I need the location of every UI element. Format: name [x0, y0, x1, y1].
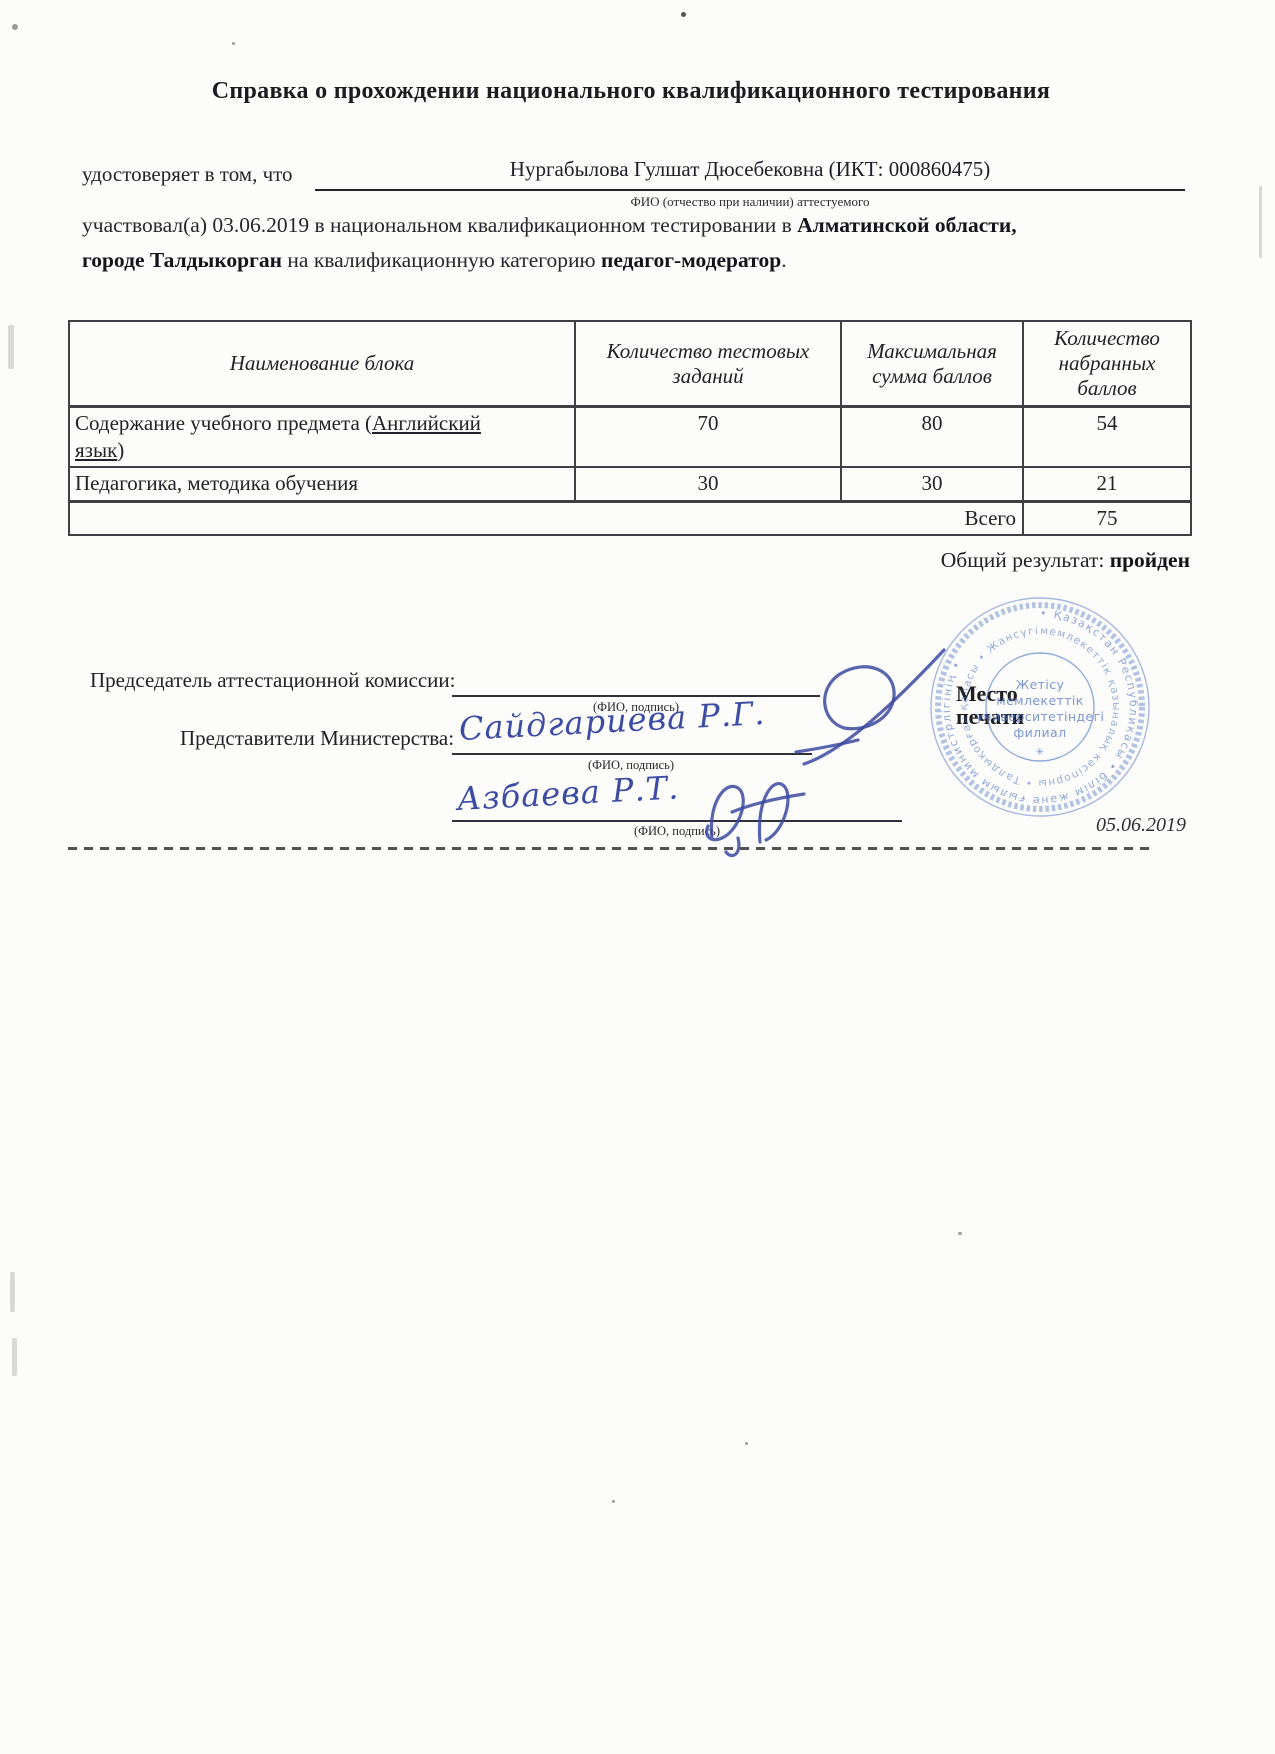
col-header-task-count: Количество тестовых заданий	[575, 321, 841, 407]
chairman-label: Председатель аттестационной комиссии:	[90, 668, 456, 693]
cut-line	[68, 847, 1154, 850]
attestee-name: Нургабылова Гулшат Дюсебековна (ИКТ: 000…	[315, 157, 1185, 182]
col-header-max-points: Максимальная сумма баллов	[841, 321, 1023, 407]
place-of-seal-line1: Место	[956, 682, 1051, 705]
points-cell: 21	[1023, 467, 1191, 502]
ministry-signature-line-2	[452, 820, 902, 822]
participation-region: Алматинской области,	[797, 213, 1016, 237]
total-label: Всего	[69, 502, 1023, 536]
sign-caption: (ФИО, подпись)	[452, 824, 902, 839]
participation-paragraph: участвовал(а) 03.06.2019 в национальном …	[82, 208, 1194, 278]
scan-artifact	[12, 1338, 17, 1376]
max-points-cell: 30	[841, 467, 1023, 502]
place-of-seal-line2: печати	[956, 705, 1051, 728]
scan-speck	[12, 24, 18, 30]
block-name-text: Педагогика, методика обучения	[75, 471, 358, 495]
max-points-cell: 80	[841, 407, 1023, 468]
stamp-star-icon: ✳	[1036, 747, 1045, 758]
scan-speck	[681, 12, 686, 17]
place-of-seal-label: Место печати	[956, 682, 1051, 728]
col-header-scored-points: Количество набранных баллов	[1023, 321, 1191, 407]
certifies-label: удостоверяет в том, что	[82, 162, 293, 187]
points-cell: 54	[1023, 407, 1191, 468]
table-row: Педагогика, методика обучения 30 30 21	[69, 467, 1191, 502]
stamp-date: 05.06.2019	[1096, 814, 1186, 837]
participation-prefix: участвовал(а) 03.06.2019 в национальном …	[82, 213, 797, 237]
block-name-text: Содержание учебного предмета (	[75, 411, 372, 435]
result-label: Общий результат:	[941, 548, 1105, 572]
table-row: Содержание учебного предмета (Английский…	[69, 407, 1191, 468]
signature-flourish-2	[682, 768, 812, 860]
total-value: 75	[1023, 502, 1191, 536]
tasks-cell: 70	[575, 407, 841, 468]
participation-city: городе Талдыкорган	[82, 248, 282, 272]
scan-artifact	[1259, 186, 1262, 258]
table-header-row: Наименование блока Количество тестовых з…	[69, 321, 1191, 407]
scan-speck	[745, 1442, 748, 1445]
scan-speck	[232, 42, 235, 45]
signature-flourish-1	[792, 632, 962, 777]
scan-artifact	[8, 325, 14, 369]
tasks-cell: 30	[575, 467, 841, 502]
ministry-label: Представители Министерства:	[180, 726, 454, 751]
handwritten-signature-2: Азбаева Р.Т.	[456, 768, 680, 818]
overall-result: Общий результат: пройден	[68, 548, 1190, 573]
ministry-signature-line-1	[452, 753, 812, 755]
chairman-signature-line	[452, 695, 820, 697]
participation-period: .	[781, 248, 786, 272]
scan-artifact	[10, 1272, 15, 1312]
name-underline	[315, 189, 1185, 191]
page-title: Справка о прохождении национального квал…	[0, 78, 1262, 105]
certificate-page: Справка о прохождении национального квал…	[0, 0, 1275, 1754]
block-name-cell: Содержание учебного предмета (Английский…	[69, 407, 575, 468]
block-name-suffix: )	[117, 438, 124, 462]
block-name-cell: Педагогика, методика обучения	[69, 467, 575, 502]
scan-speck	[612, 1500, 615, 1503]
scan-speck	[958, 1232, 962, 1235]
participation-category: педагог-модератор	[601, 248, 781, 272]
result-value: пройден	[1110, 548, 1190, 572]
participation-middle: на квалификационную категорию	[287, 248, 601, 272]
col-header-block-name: Наименование блока	[69, 321, 575, 407]
total-row: Всего 75	[69, 502, 1191, 536]
score-table: Наименование блока Количество тестовых з…	[68, 320, 1192, 536]
